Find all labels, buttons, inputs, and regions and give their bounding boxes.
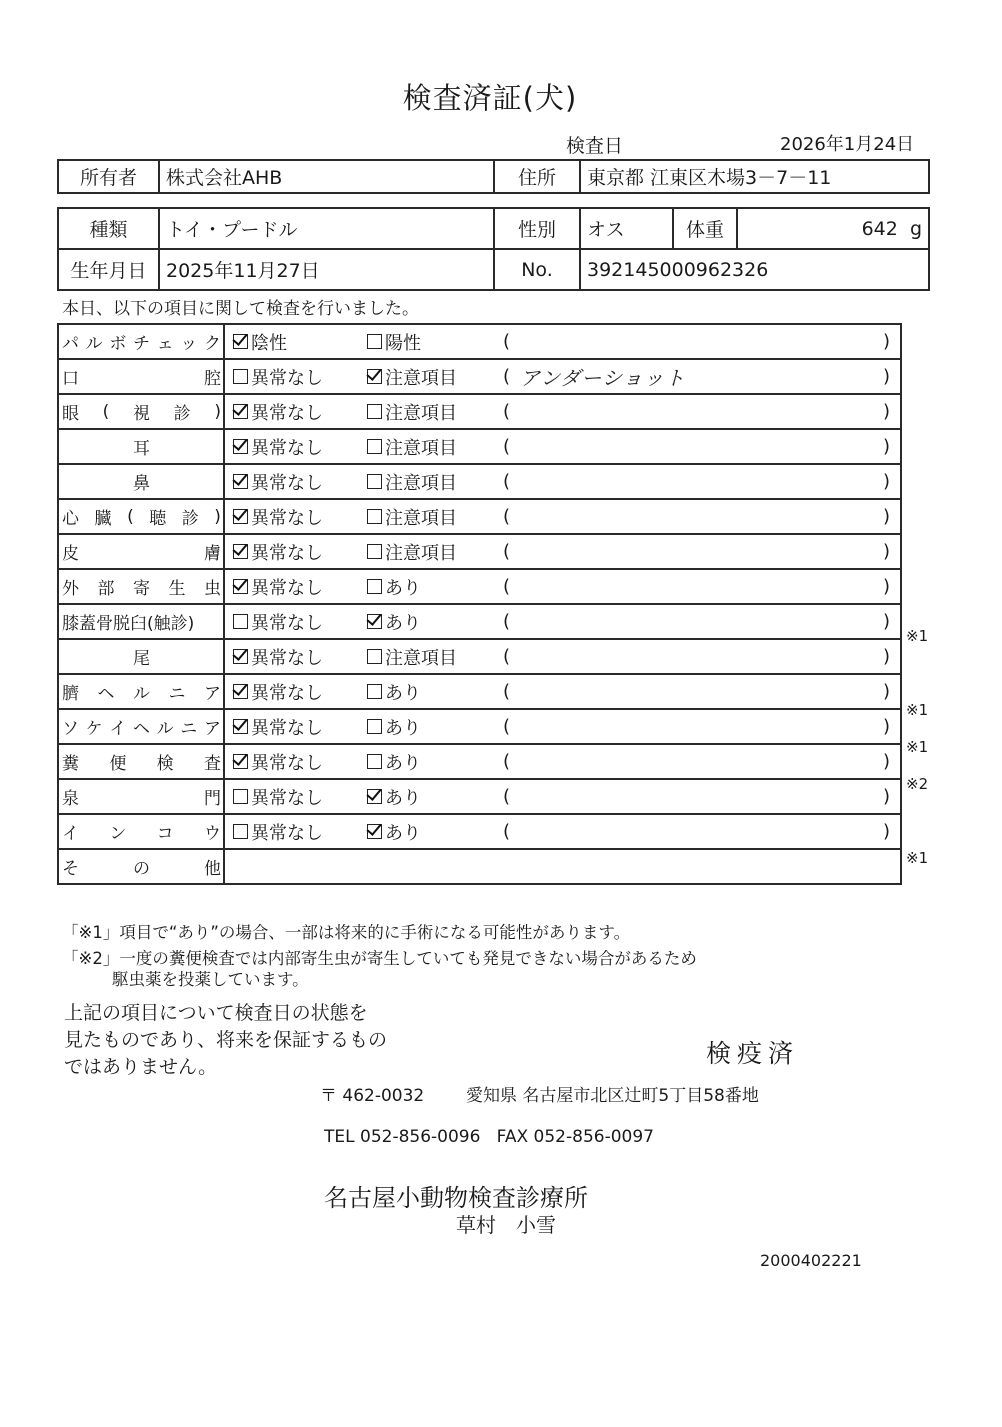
option-label: 注意項目	[385, 469, 457, 495]
item-options: 異常なしあり()	[224, 744, 901, 779]
item-label-part: 皮	[62, 539, 79, 564]
item-options: 異常なし注意項目()	[224, 639, 901, 674]
option-label: あり	[385, 784, 421, 810]
checkbox-icon[interactable]	[233, 509, 248, 524]
item-label-part: 口	[62, 364, 79, 389]
checkbox-icon[interactable]	[233, 544, 248, 559]
quarantine-stamp: 検疫済	[706, 1034, 799, 1070]
item-label-part: ェ	[157, 329, 174, 354]
option-opt2[interactable]: 注意項目	[367, 539, 503, 565]
checkbox-icon[interactable]	[367, 474, 382, 489]
option-opt1[interactable]: 異常なし	[225, 714, 367, 740]
footnote-2-cont: 駆虫薬を投薬しています。	[112, 966, 309, 990]
item-label-part: 聴	[149, 504, 166, 529]
checkbox-icon[interactable]	[367, 789, 382, 804]
option-opt2[interactable]: あり	[367, 749, 503, 775]
item-label-part: 査	[204, 749, 221, 774]
item-label-part: 診	[182, 504, 199, 529]
option-label: 陰性	[251, 329, 287, 355]
paren-open: (	[503, 541, 510, 562]
option-label: あり	[385, 609, 421, 635]
option-opt2[interactable]: あり	[367, 609, 503, 635]
option-opt2[interactable]: 陽性	[367, 329, 503, 355]
item-label: 耳	[58, 429, 224, 464]
paren-open: (	[503, 821, 510, 842]
option-label: 異常なし	[251, 539, 323, 565]
checkbox-icon[interactable]	[367, 334, 382, 349]
item-label-part: 生	[169, 574, 186, 599]
item-label: 糞便検査	[58, 744, 224, 779]
item-label-part: コ	[157, 819, 174, 844]
address-value: 東京都 江東区木場3－7－11	[580, 160, 929, 193]
checkbox-icon[interactable]	[233, 334, 248, 349]
checklist-row: 泉門異常なしあり()	[58, 779, 901, 814]
option-label: あり	[385, 819, 421, 845]
item-label: 泉門	[58, 779, 224, 814]
option-opt1[interactable]: 異常なし	[225, 819, 367, 845]
clinic-contact: TEL 052-856-0096 FAX 052-856-0097	[324, 1127, 654, 1147]
item-label-part: 腔	[204, 364, 221, 389]
item-label-part: ニ	[180, 714, 197, 739]
item-label-part: の	[133, 854, 150, 879]
item-label-part: 臍	[62, 679, 79, 704]
option-opt1[interactable]: 異常なし	[225, 399, 367, 425]
item-options: 異常なしあり()	[224, 604, 901, 639]
item-label-part: 耳	[133, 434, 150, 459]
checkbox-icon[interactable]	[233, 474, 248, 489]
paren-open: (	[503, 331, 510, 352]
option-opt2[interactable]: 注意項目	[367, 469, 503, 495]
remarks-field[interactable]: ()	[503, 821, 900, 842]
option-opt1[interactable]: 陰性	[225, 329, 367, 355]
item-label-part: イ	[62, 819, 79, 844]
weight-label: 体重	[673, 208, 737, 249]
option-label: 異常なし	[251, 749, 323, 775]
item-label-part: 糞	[62, 749, 79, 774]
paren-close: )	[883, 436, 890, 457]
item-label-part: 虫	[204, 574, 221, 599]
paren-open: (	[503, 471, 510, 492]
item-label-part: ッ	[180, 329, 197, 354]
item-label-part: ル	[133, 679, 150, 704]
checklist-row: 心臓(聴診)異常なし注意項目()	[58, 499, 901, 534]
item-label-part: )	[214, 402, 221, 422]
clinic-address-text: 愛知県 名古屋市北区辻町5丁目58番地	[466, 1086, 759, 1106]
item-label: 外部寄生虫	[58, 569, 224, 604]
item-label-part: ン	[109, 819, 126, 844]
checkbox-icon[interactable]	[367, 544, 382, 559]
item-label-part: 膝蓋骨脱臼(触診)	[62, 609, 194, 634]
checkbox-icon[interactable]	[367, 649, 382, 664]
paren-open: (	[503, 576, 510, 597]
item-label-part: 寄	[133, 574, 150, 599]
item-label: ソケイヘルニア	[58, 709, 224, 744]
item-options: 異常なしあり()	[224, 814, 901, 849]
checkbox-icon[interactable]	[233, 824, 248, 839]
item-label: 皮膚	[58, 534, 224, 569]
item-label: 眼(視診)	[58, 394, 224, 429]
option-label: あり	[385, 679, 421, 705]
paren-close: )	[883, 716, 890, 737]
option-opt1[interactable]: 異常なし	[225, 434, 367, 460]
option-opt1[interactable]: 異常なし	[225, 469, 367, 495]
item-label: インコウ	[58, 814, 224, 849]
item-label-part: ヘ	[98, 679, 115, 704]
breed-value: トイ・プードル	[159, 208, 494, 249]
item-label-part: 検	[157, 749, 174, 774]
item-options: 陰性陽性()	[224, 324, 901, 359]
checkbox-icon[interactable]	[233, 789, 248, 804]
option-opt1[interactable]: 異常なし	[225, 749, 367, 775]
sex-label: 性別	[494, 208, 580, 249]
option-opt2[interactable]: 注意項目	[367, 434, 503, 460]
item-options: 異常なし注意項目()	[224, 499, 901, 534]
item-label-part: 尾	[133, 644, 150, 669]
checklist-row-other: その他	[58, 849, 901, 884]
remarks-field[interactable]: ()	[503, 436, 900, 457]
item-label-part: ル	[157, 714, 174, 739]
remarks-field[interactable]: ()	[503, 681, 900, 702]
paren-open: (	[503, 716, 510, 737]
option-label: 異常なし	[251, 784, 323, 810]
checklist-row: 眼(視診)異常なし注意項目()	[58, 394, 901, 429]
checklist-row: インコウ異常なしあり()	[58, 814, 901, 849]
paren-close: )	[883, 751, 890, 772]
option-opt2[interactable]: 注意項目	[367, 644, 503, 670]
checkbox-icon[interactable]	[233, 579, 248, 594]
remarks-text: アンダーショット	[520, 362, 883, 391]
paren-close: )	[883, 576, 890, 597]
serial-number: 2000402221	[760, 1251, 862, 1270]
item-label-part: 心	[62, 504, 79, 529]
item-label: 膝蓋骨脱臼(触診)	[58, 604, 224, 639]
paren-close: )	[883, 541, 890, 562]
item-label-part: ニ	[169, 679, 186, 704]
remarks-field[interactable]: ()	[503, 576, 900, 597]
item-label-part: ク	[204, 329, 221, 354]
option-opt1[interactable]: 異常なし	[225, 574, 367, 600]
checkbox-icon[interactable]	[233, 404, 248, 419]
no-label: No.	[494, 249, 580, 290]
item-label-part: 部	[98, 574, 115, 599]
item-options: 異常なし注意項目(アンダーショット)	[224, 359, 901, 394]
option-label: 異常なし	[251, 644, 323, 670]
item-label: 尾	[58, 639, 224, 674]
remarks-field[interactable]: ()	[503, 331, 900, 352]
option-label: 異常なし	[251, 679, 323, 705]
paren-open: (	[503, 611, 510, 632]
exam-date-value: 2026年1月24日	[780, 130, 914, 156]
item-label: 口腔	[58, 359, 224, 394]
item-label-part: 視	[133, 399, 150, 424]
option-label: 異常なし	[251, 819, 323, 845]
checkbox-icon[interactable]	[233, 719, 248, 734]
weight-cell: 642 g	[737, 208, 929, 249]
item-label-part: 診	[174, 399, 191, 424]
item-label-part: ア	[204, 679, 221, 704]
footnote-mark: ※1	[906, 701, 928, 719]
option-label: 注意項目	[385, 364, 457, 390]
item-label-part: チ	[133, 329, 150, 354]
option-label: 異常なし	[251, 714, 323, 740]
weight-unit: g	[910, 218, 922, 240]
option-opt2[interactable]: あり	[367, 784, 503, 810]
clinic-zip: 〒 462-0032	[320, 1081, 466, 1106]
birth-label: 生年月日	[58, 249, 159, 290]
option-opt1[interactable]: 異常なし	[225, 644, 367, 670]
item-options: 異常なしあり()	[224, 779, 901, 814]
clinic-address: 〒 462-0032愛知県 名古屋市北区辻町5丁目58番地	[320, 1081, 759, 1106]
remarks-field[interactable]: ()	[503, 541, 900, 562]
option-label: 注意項目	[385, 644, 457, 670]
option-label: 異常なし	[251, 364, 323, 390]
item-label-part: 便	[109, 749, 126, 774]
checklist-row: 膝蓋骨脱臼(触診)異常なしあり()	[58, 604, 901, 639]
item-label-part: ウ	[204, 819, 221, 844]
paren-close: )	[883, 786, 890, 807]
paren-close: )	[883, 331, 890, 352]
item-label: その他	[58, 849, 224, 884]
paren-close: )	[883, 506, 890, 527]
paren-open: (	[503, 436, 510, 457]
footnote-1: 「※1」項目で“あり”の場合、一部は将来的に手術になる可能性があります。	[62, 919, 630, 943]
other-remarks-field[interactable]	[224, 849, 901, 884]
item-options: 異常なし注意項目()	[224, 429, 901, 464]
checklist-row: ソケイヘルニア異常なしあり()	[58, 709, 901, 744]
exam-date-label: 検査日	[566, 131, 623, 158]
footnote-mark: ※1	[906, 849, 928, 867]
item-options: 異常なし注意項目()	[224, 464, 901, 499]
paren-open: (	[503, 366, 510, 387]
option-label: 注意項目	[385, 399, 457, 425]
checkbox-icon[interactable]	[233, 439, 248, 454]
checkbox-icon[interactable]	[233, 614, 248, 629]
item-label-part: パ	[62, 329, 79, 354]
item-options: 異常なしあり()	[224, 674, 901, 709]
option-opt2[interactable]: あり	[367, 819, 503, 845]
item-label-part: イ	[109, 714, 126, 739]
checkbox-icon[interactable]	[367, 369, 382, 384]
clinic-fax: FAX 052-856-0097	[497, 1127, 654, 1147]
option-label: 異常なし	[251, 434, 323, 460]
item-label-part: 臓	[95, 504, 112, 529]
item-label-part: ソ	[62, 714, 79, 739]
option-opt2[interactable]: 注意項目	[367, 364, 503, 390]
checkbox-icon[interactable]	[367, 719, 382, 734]
item-label-part: 鼻	[133, 469, 150, 494]
checkbox-icon[interactable]	[233, 754, 248, 769]
checkbox-icon[interactable]	[367, 614, 382, 629]
option-label: 陽性	[385, 329, 421, 355]
owner-table: 所有者 株式会社AHB 住所 東京都 江東区木場3－7－11	[57, 159, 930, 194]
disclaimer: 上記の項目について検査日の状態を 見たものであり、将来を保証するもの ではありま…	[64, 1000, 387, 1081]
paren-close: )	[883, 646, 890, 667]
item-label: 心臓(聴診)	[58, 499, 224, 534]
option-label: 注意項目	[385, 504, 457, 530]
remarks-field[interactable]: ()	[503, 611, 900, 632]
checkbox-icon[interactable]	[367, 404, 382, 419]
option-opt1[interactable]: 異常なし	[225, 609, 367, 635]
checkbox-icon[interactable]	[367, 754, 382, 769]
item-label-part: ケ	[86, 714, 103, 739]
checkbox-icon[interactable]	[367, 824, 382, 839]
item-label-part: )	[214, 507, 221, 527]
item-label-part: 泉	[62, 784, 79, 809]
sex-value: オス	[580, 208, 673, 249]
paren-close: )	[883, 821, 890, 842]
item-label-part: 膚	[204, 539, 221, 564]
option-opt1[interactable]: 異常なし	[225, 539, 367, 565]
checklist-row: パルボチェック陰性陽性()	[58, 324, 901, 359]
item-label: 臍ヘルニア	[58, 674, 224, 709]
item-options: 異常なし注意項目()	[224, 534, 901, 569]
item-label: 鼻	[58, 464, 224, 499]
checkbox-icon[interactable]	[233, 684, 248, 699]
checklist-row: 口腔異常なし注意項目(アンダーショット)	[58, 359, 901, 394]
checklist-row: 鼻異常なし注意項目()	[58, 464, 901, 499]
item-label-part: 門	[204, 784, 221, 809]
vet-name: 草村 小雪	[456, 1209, 556, 1238]
item-label-part: そ	[62, 854, 79, 879]
animal-table: 種類 トイ・プードル 性別 オス 体重 642 g 生年月日 2025年11月2…	[57, 207, 930, 291]
option-label: あり	[385, 574, 421, 600]
option-label: あり	[385, 749, 421, 775]
item-options: 異常なしあり()	[224, 709, 901, 744]
checklist-row: 糞便検査異常なしあり()	[58, 744, 901, 779]
option-label: 異常なし	[251, 574, 323, 600]
address-label: 住所	[494, 160, 580, 193]
option-opt2[interactable]: あり	[367, 679, 503, 705]
checkbox-icon[interactable]	[367, 439, 382, 454]
checklist-table: パルボチェック陰性陽性()口腔異常なし注意項目(アンダーショット)眼(視診)異常…	[57, 323, 902, 885]
checkbox-icon[interactable]	[233, 649, 248, 664]
breed-label: 種類	[58, 208, 159, 249]
checklist-row: 尾異常なし注意項目()	[58, 639, 901, 674]
item-label-part: 眼	[62, 399, 79, 424]
footnote-mark: ※1	[906, 627, 928, 645]
paren-close: )	[883, 471, 890, 492]
clinic-tel: TEL 052-856-0096	[324, 1127, 480, 1147]
owner-label: 所有者	[58, 160, 159, 193]
item-label-part: ボ	[109, 329, 126, 354]
document-title: 検査済証(犬)	[0, 76, 980, 117]
checkbox-icon[interactable]	[367, 579, 382, 594]
option-label: 異常なし	[251, 399, 323, 425]
footnote-mark: ※2	[906, 775, 928, 793]
paren-close: )	[883, 681, 890, 702]
item-label-part: (	[127, 507, 134, 527]
option-label: あり	[385, 714, 421, 740]
microchip-number: 392145000962326	[580, 249, 929, 290]
remarks-field[interactable]: ()	[503, 786, 900, 807]
remarks-field[interactable]: ()	[503, 716, 900, 737]
checklist-row: 臍ヘルニア異常なしあり()	[58, 674, 901, 709]
owner-value: 株式会社AHB	[159, 160, 494, 193]
option-opt1[interactable]: 異常なし	[225, 784, 367, 810]
option-label: 異常なし	[251, 609, 323, 635]
option-opt1[interactable]: 異常なし	[225, 364, 367, 390]
option-label: 異常なし	[251, 504, 323, 530]
footnote-mark: ※1	[906, 738, 928, 756]
item-label-part: ル	[86, 329, 103, 354]
item-label-part: 他	[204, 854, 221, 879]
paren-close: )	[883, 366, 890, 387]
remarks-field[interactable]: ()	[503, 751, 900, 772]
remarks-field[interactable]: (アンダーショット)	[503, 362, 900, 391]
paren-close: )	[883, 401, 890, 422]
item-options: 異常なしあり()	[224, 569, 901, 604]
item-label-part: ア	[204, 714, 221, 739]
item-options: 異常なし注意項目()	[224, 394, 901, 429]
option-label: 注意項目	[385, 539, 457, 565]
checklist-row: 皮膚異常なし注意項目()	[58, 534, 901, 569]
paren-open: (	[503, 681, 510, 702]
paren-open: (	[503, 506, 510, 527]
option-opt2[interactable]: あり	[367, 574, 503, 600]
item-label-part: (	[103, 402, 110, 422]
paren-open: (	[503, 751, 510, 772]
intro-text: 本日、以下の項目に関して検査を行いました。	[62, 294, 419, 319]
checkbox-icon[interactable]	[367, 509, 382, 524]
checklist-row: 外部寄生虫異常なしあり()	[58, 569, 901, 604]
remarks-field[interactable]: ()	[503, 646, 900, 667]
item-label-part: ヘ	[133, 714, 150, 739]
remarks-field[interactable]: ()	[503, 401, 900, 422]
option-opt2[interactable]: 注意項目	[367, 399, 503, 425]
item-label-part: 外	[62, 574, 79, 599]
remarks-field[interactable]: ()	[503, 471, 900, 492]
option-opt2[interactable]: 注意項目	[367, 504, 503, 530]
paren-open: (	[503, 646, 510, 667]
option-opt1[interactable]: 異常なし	[225, 679, 367, 705]
weight-value: 642	[862, 218, 898, 240]
paren-close: )	[883, 611, 890, 632]
checkbox-icon[interactable]	[233, 369, 248, 384]
remarks-field[interactable]: ()	[503, 506, 900, 527]
birth-value: 2025年11月27日	[159, 249, 494, 290]
paren-open: (	[503, 401, 510, 422]
paren-open: (	[503, 786, 510, 807]
checkbox-icon[interactable]	[367, 684, 382, 699]
option-label: 異常なし	[251, 469, 323, 495]
option-label: 注意項目	[385, 434, 457, 460]
option-opt1[interactable]: 異常なし	[225, 504, 367, 530]
clinic-name: 名古屋小動物検査診療所	[324, 1178, 588, 1213]
option-opt2[interactable]: あり	[367, 714, 503, 740]
item-label: パルボチェック	[58, 324, 224, 359]
checklist-row: 耳異常なし注意項目()	[58, 429, 901, 464]
